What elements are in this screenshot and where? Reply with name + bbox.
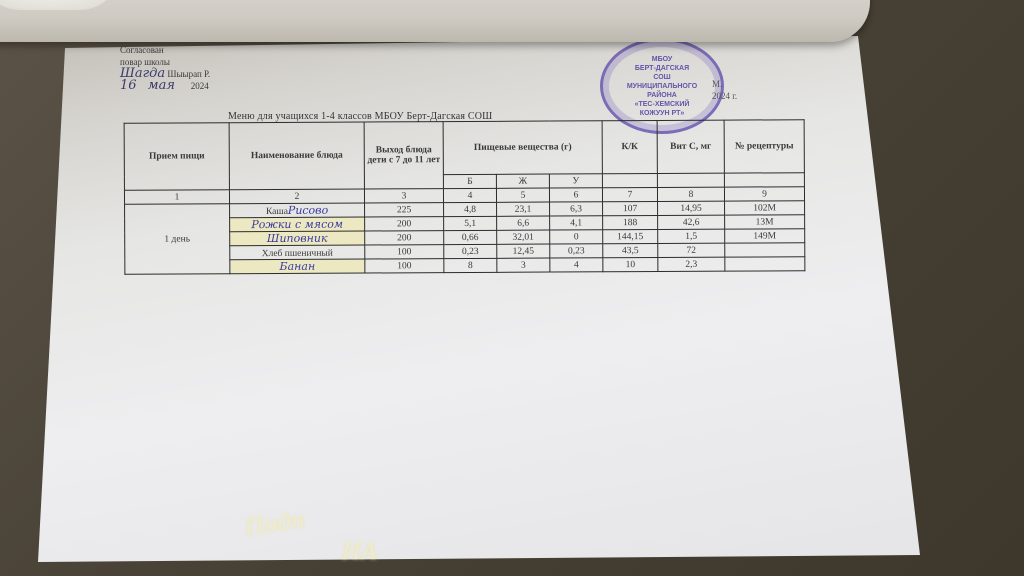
header-recipe: № рецептуры <box>724 120 804 173</box>
header-row: Прием пищи Наименование блюда Выход блюд… <box>124 120 804 177</box>
header-dish: Наименование блюда <box>229 122 364 190</box>
stamp-line: БЕРТ-ДАГСКАЯ <box>603 64 721 73</box>
cell-yield: 100 <box>365 245 444 259</box>
cell-b: 8 <box>444 258 497 272</box>
menu-table: Прием пищи Наименование блюда Выход блюд… <box>124 119 806 275</box>
header-vitc: Вит С, мг <box>657 120 724 173</box>
stamp-line: МУНИЦИПАЛЬНОГО <box>603 82 721 91</box>
cell-vitc: 14,95 <box>658 201 725 215</box>
dish-name: Банан <box>230 259 365 274</box>
cell-zh: 23,1 <box>497 202 550 216</box>
subheader-zh: Ж <box>496 174 549 188</box>
stamp-line: РАЙОНА <box>603 91 721 100</box>
column-number: 7 <box>602 187 657 201</box>
column-number: 5 <box>496 188 549 202</box>
cell-b: 0,66 <box>444 230 497 244</box>
cell-kcal: 188 <box>603 215 658 229</box>
subheader-empty <box>602 173 657 187</box>
cell-recipe <box>725 243 805 257</box>
cell-u: 0 <box>550 230 603 244</box>
cell-yield: 225 <box>365 203 444 217</box>
stamp-line: КОЖУУН РТ» <box>603 109 721 118</box>
stamp-line: «ТЕС-ХЕМСКИЙ <box>603 100 721 109</box>
column-number: 2 <box>229 189 364 204</box>
approved-right-line2: 2024 г. <box>712 90 737 102</box>
cell-kcal: 144,15 <box>603 229 658 243</box>
plastic-tray <box>0 0 870 42</box>
cell-vitc: 2,3 <box>658 257 725 271</box>
header-meal: Прием пищи <box>124 123 229 191</box>
cell-vitc: 1,5 <box>658 229 725 243</box>
header-kcal: К/К <box>602 120 657 173</box>
dish-printed: Каша <box>266 207 288 217</box>
cell-recipe: 13М <box>725 215 805 229</box>
stamp-line: СОШ <box>603 73 721 82</box>
stamp-line: МБОУ <box>603 55 721 64</box>
cell-vitc: 42,6 <box>658 215 725 229</box>
cell-u: 4,1 <box>550 216 603 230</box>
approved-right-line1: М. <box>712 78 737 90</box>
cell-vitc: 72 <box>658 243 725 257</box>
cell-u: 6,3 <box>550 202 603 216</box>
header-nutrients: Пищевые вещества (г) <box>443 121 602 175</box>
cell-b: 5,1 <box>444 216 497 230</box>
cell-recipe: 102М <box>725 201 805 215</box>
dish-handwritten: Рожки с мясом <box>251 218 343 231</box>
cell-yield: 100 <box>365 259 444 273</box>
cell-kcal: 10 <box>603 257 658 271</box>
day-label: 1 день <box>125 204 230 275</box>
subheader-u: У <box>549 174 602 188</box>
dish-handwritten: Рисово <box>288 204 328 217</box>
dish-name: Хлеб пшеничный <box>230 245 365 260</box>
dish-name: КашаРисово <box>230 203 365 218</box>
cell-yield: 200 <box>365 217 444 231</box>
cell-zh: 32,01 <box>497 230 550 244</box>
dish-printed: Хлеб пшеничный <box>262 249 333 259</box>
cell-u: 0,23 <box>550 244 603 258</box>
cell-recipe: 149М <box>725 229 805 243</box>
dish-handwritten: Банан <box>279 260 315 273</box>
column-number: 6 <box>549 188 602 202</box>
approval-month: мая <box>148 78 175 93</box>
cell-b: 4,8 <box>444 202 497 216</box>
cell-u: 4 <box>550 258 603 272</box>
subheader-empty <box>657 173 724 187</box>
approval-block: Согласован повар школы Шагда Шыырап Р. 1… <box>120 44 210 92</box>
glue-mark-right: ИА <box>342 540 378 565</box>
column-number: 3 <box>364 189 443 203</box>
cell-b: 0,23 <box>444 244 497 258</box>
subheader-b: Б <box>443 174 496 188</box>
cell-zh: 12,45 <box>497 244 550 258</box>
cell-kcal: 107 <box>603 201 658 215</box>
column-number: 4 <box>443 188 496 202</box>
cell-zh: 3 <box>497 258 550 272</box>
column-number: 1 <box>124 190 229 205</box>
dish-handwritten: Шиповник <box>267 232 328 245</box>
cell-yield: 200 <box>365 231 444 245</box>
approval-year: 2024 <box>191 81 209 91</box>
column-number: 8 <box>657 187 724 201</box>
approved-right-block: М. 2024 г. <box>712 78 737 102</box>
approval-day: 16 <box>120 78 137 93</box>
subheader-empty <box>724 173 804 187</box>
cell-kcal: 43,5 <box>603 243 658 257</box>
cell-recipe <box>725 257 805 271</box>
dish-name: Шиповник <box>230 231 365 246</box>
dish-name: Рожки с мясом <box>230 217 365 232</box>
header-yield: Выход блюда дети с 7 до 11 лет <box>364 122 443 189</box>
approval-agreed: Согласован <box>120 44 210 56</box>
cell-zh: 6,6 <box>497 216 550 230</box>
column-number: 9 <box>724 187 804 201</box>
